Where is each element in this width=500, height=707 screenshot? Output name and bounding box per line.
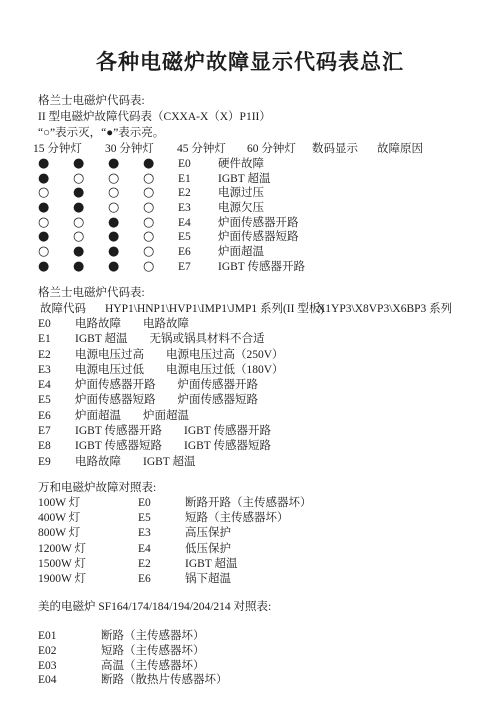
fault-code: E2 (178, 186, 218, 201)
lamp-on-icon: ● (38, 259, 49, 274)
series1-fault: 炉面传感器短路 (75, 394, 156, 406)
table-row: ○ ● ○ ○ E2 电源过压 (38, 186, 492, 201)
fault-code: E03 (38, 659, 101, 674)
fault-code: E3 (138, 526, 185, 541)
series2-fault: 电源电压过高（250V） (166, 349, 284, 361)
table-row: ● ○ ○ ○ E1 IGBT 超温 (38, 172, 492, 187)
fault-code: E2 (138, 557, 185, 572)
fault-code: E6 (138, 572, 185, 587)
power-lamp: 1500W 灯 (38, 557, 138, 572)
column-header-series1: HYP1\HNP1\HVP1\IMP1\JMP1 系列(II 型板) (105, 301, 324, 317)
fault-reason: 低压保护 (185, 543, 231, 555)
series2-fault: 电源电压过低（180V） (166, 364, 284, 376)
fault-code: E0 (178, 157, 218, 172)
lamp-on-icon: ● (73, 200, 84, 215)
fault-code: E1 (38, 332, 75, 347)
legend-text: “○”表示灭，“●”表示亮。 (38, 125, 492, 141)
series1-fault: 电路故障 (75, 456, 121, 468)
section-heading: 格兰士电磁炉代码表: (38, 93, 492, 109)
fault-code: E4 (38, 378, 75, 393)
table-row: 800W 灯E3高压保护 (38, 526, 492, 541)
lamp-on-icon: ● (73, 185, 84, 200)
lamp-off-icon: ○ (108, 185, 119, 200)
lamp-off-icon: ○ (143, 171, 154, 186)
lamp-cell-30min: ● (73, 260, 108, 275)
document-page: 各种电磁炉故障显示代码表总汇 格兰士电磁炉代码表: II 型电磁炉故障代码表（C… (0, 0, 500, 707)
lamp-on-icon: ● (73, 244, 84, 259)
lamp-off-icon: ○ (143, 185, 154, 200)
fault-code: E1 (178, 172, 218, 187)
fault-code: E7 (38, 424, 75, 439)
lamp-on-icon: ● (108, 215, 119, 230)
column-header-15min: 15 分钟灯 (33, 141, 82, 157)
section-heading: 格兰士电磁炉代码表: (38, 285, 492, 301)
fault-code: E5 (178, 230, 218, 245)
table-row: E1IGBT 超温无锅或锅具材料不合适 (38, 332, 492, 347)
lamp-off-icon: ○ (143, 200, 154, 215)
lamp-cell-60min: ● (143, 157, 178, 172)
series2-fault: IGBT 传感器开路 (184, 425, 271, 437)
section-galanz-code-table: 格兰士电磁炉代码表: 故障代码 HYP1\HNP1\HVP1\IMP1\JMP1… (38, 285, 492, 470)
lamp-cell-15min: ● (38, 260, 73, 275)
lamp-cell-15min: ● (38, 230, 73, 245)
fault-reason: IGBT 传感器开路 (218, 260, 305, 275)
lamp-on-icon: ● (143, 156, 154, 171)
lamp-cell-60min: ○ (143, 186, 178, 201)
lamp-cell-15min: ○ (38, 245, 73, 260)
fault-reason: 断路（主传感器坏） (101, 630, 205, 642)
column-header-30min: 30 分钟灯 (105, 141, 154, 157)
table-row: E6炉面超温炉面超温 (38, 409, 492, 424)
lamp-on-icon: ● (108, 229, 119, 244)
table-row: 400W 灯E5短路（主传感器坏） (38, 511, 492, 526)
lamp-on-icon: ● (38, 229, 49, 244)
fault-reason: 炉面传感器开路 (218, 216, 299, 231)
lamp-cell-45min: ● (108, 157, 143, 172)
table-row: E9电路故障IGBT 超温 (38, 455, 492, 470)
lamp-off-icon: ○ (38, 185, 49, 200)
power-lamp: 100W 灯 (38, 496, 138, 511)
fault-code: E2 (38, 348, 75, 363)
fault-code: E9 (38, 455, 75, 470)
column-header-digit-display: 数码显示 (312, 141, 358, 157)
fault-code: E6 (178, 245, 218, 260)
table-row: E01断路（主传感器坏） (38, 629, 492, 644)
fault-code: E5 (38, 393, 75, 408)
series1-fault: 电源电压过低 (75, 364, 144, 376)
series1-fault: IGBT 传感器开路 (75, 425, 162, 437)
lamp-on-icon: ● (73, 259, 84, 274)
lamp-cell-30min: ○ (73, 230, 108, 245)
fault-reason: 电源欠压 (218, 201, 264, 216)
lamp-off-icon: ○ (73, 229, 84, 244)
lamp-off-icon: ○ (38, 215, 49, 230)
lamp-cell-15min: ○ (38, 216, 73, 231)
lamp-cell-45min: ○ (108, 172, 143, 187)
lamp-on-icon: ● (108, 244, 119, 259)
column-header-60min: 60 分钟灯 (247, 141, 296, 157)
lamp-cell-30min: ● (73, 186, 108, 201)
lamp-cell-60min: ○ (143, 216, 178, 231)
table-row: E02短路（主传感器坏） (38, 644, 492, 659)
fault-reason: 断路（散热片传感器坏） (101, 674, 228, 686)
fault-code: E3 (178, 201, 218, 216)
lamp-off-icon: ○ (143, 229, 154, 244)
table-row: ● ● ● ● E0 硬件故障 (38, 157, 492, 172)
fault-reason: 短路（主传感器坏） (101, 645, 205, 657)
fault-reason: 高压保护 (185, 527, 231, 539)
lamp-cell-45min: ● (108, 260, 143, 275)
table-row: E4炉面传感器开路炉面传感器开路 (38, 378, 492, 393)
lamp-off-icon: ○ (73, 215, 84, 230)
lamp-off-icon: ○ (143, 215, 154, 230)
lamp-cell-45min: ○ (108, 201, 143, 216)
table-row: ○ ○ ● ○ E4 炉面传感器开路 (38, 216, 492, 231)
series2-fault: 无锅或锅具材料不合适 (150, 333, 265, 345)
lamp-cell-60min: ○ (143, 260, 178, 275)
fault-code: E0 (138, 496, 185, 511)
lamp-cell-30min: ● (73, 157, 108, 172)
series2-fault: 炉面超温 (143, 410, 189, 422)
lamp-cell-30min: ○ (73, 172, 108, 187)
lamp-cell-45min: ● (108, 216, 143, 231)
fault-reason: 炉面超温 (218, 245, 264, 260)
fault-reason: 硬件故障 (218, 157, 264, 172)
fault-reason: 短路（主传感器坏） (185, 512, 289, 524)
lamp-on-icon: ● (73, 156, 84, 171)
table-row: E04断路（散热片传感器坏） (38, 673, 492, 688)
fault-code: E6 (38, 409, 75, 424)
fault-reason: 断路开路（主传感器坏） (185, 497, 312, 509)
power-lamp: 800W 灯 (38, 526, 138, 541)
series1-fault: 炉面传感器开路 (75, 379, 156, 391)
fault-code: E4 (178, 216, 218, 231)
blank-line (38, 615, 492, 629)
fault-reason: 高温（主传感器坏） (101, 660, 205, 672)
series2-fault: 炉面传感器开路 (178, 379, 259, 391)
section-wanhe-table: 万和电磁炉故障对照表: 100W 灯E0断路开路（主传感器坏） 400W 灯E5… (38, 480, 492, 587)
table-row: 100W 灯E0断路开路（主传感器坏） (38, 496, 492, 511)
fault-reason: IGBT 超温 (185, 558, 238, 570)
section-heading: 万和电磁炉故障对照表: (38, 480, 492, 496)
table-row: E7IGBT 传感器开路IGBT 传感器开路 (38, 424, 492, 439)
fault-code: E3 (38, 363, 75, 378)
lamp-off-icon: ○ (73, 171, 84, 186)
fault-reason: IGBT 超温 (218, 172, 271, 187)
lamp-cell-60min: ○ (143, 230, 178, 245)
table-row: ● ○ ● ○ E5 炉面传感器短路 (38, 230, 492, 245)
lamp-on-icon: ● (108, 156, 119, 171)
lamp-cell-45min: ○ (108, 186, 143, 201)
table-column-headers: 15 分钟灯 30 分钟灯 45 分钟灯 60 分钟灯 数码显示 故障原因 (38, 141, 492, 157)
table-row: E0电路故障电路故障 (38, 317, 492, 332)
lamp-on-icon: ● (38, 171, 49, 186)
series2-fault: IGBT 超温 (143, 456, 196, 468)
series1-fault: 电源电压过高 (75, 349, 144, 361)
lamp-cell-30min: ● (73, 201, 108, 216)
lamp-cell-60min: ○ (143, 172, 178, 187)
table-row: 1500W 灯E2IGBT 超温 (38, 557, 492, 572)
table-row: E2电源电压过高电源电压过高（250V） (38, 348, 492, 363)
table-row: ● ● ● ○ E7 IGBT 传感器开路 (38, 260, 492, 275)
power-lamp: 400W 灯 (38, 511, 138, 526)
power-lamp: 1900W 灯 (38, 572, 138, 587)
fault-reason: 炉面传感器短路 (218, 230, 299, 245)
section-subtitle: II 型电磁炉故障代码表（CXXA-X（X）P1II） (38, 109, 492, 125)
fault-code: E01 (38, 629, 101, 644)
lamp-off-icon: ○ (38, 244, 49, 259)
lamp-cell-30min: ● (73, 245, 108, 260)
section-heading: 美的电磁炉 SF164/174/184/194/204/214 对照表: (38, 599, 492, 615)
lamp-cell-45min: ● (108, 245, 143, 260)
series1-fault: 电路故障 (75, 318, 121, 330)
fault-code: E4 (138, 542, 185, 557)
column-header-series2: X1YP3\X8VP3\X6BP3 系列 (317, 301, 452, 317)
series1-fault: IGBT 超温 (75, 333, 128, 345)
fault-code: E04 (38, 673, 101, 688)
table-row: 1200W 灯E4低压保护 (38, 542, 492, 557)
lamp-off-icon: ○ (108, 171, 119, 186)
fault-code: E5 (138, 511, 185, 526)
fault-code: E8 (38, 439, 75, 454)
series1-fault: 炉面超温 (75, 410, 121, 422)
fault-code: E0 (38, 317, 75, 332)
table-row: E5炉面传感器短路炉面传感器短路 (38, 393, 492, 408)
column-header-fault-cause: 故障原因 (377, 141, 423, 157)
series2-fault: 电路故障 (143, 318, 189, 330)
lamp-cell-60min: ○ (143, 245, 178, 260)
column-header-45min: 45 分钟灯 (177, 141, 226, 157)
table-row: E8IGBT 传感器短路IGBT 传感器短路 (38, 439, 492, 454)
table-row: ○ ● ● ○ E6 炉面超温 (38, 245, 492, 260)
lamp-cell-15min: ● (38, 172, 73, 187)
lamp-off-icon: ○ (108, 200, 119, 215)
table-row: E3电源电压过低电源电压过低（180V） (38, 363, 492, 378)
lamp-cell-15min: ○ (38, 186, 73, 201)
lamp-off-icon: ○ (143, 244, 154, 259)
power-lamp: 1200W 灯 (38, 542, 138, 557)
table-column-headers: 故障代码 HYP1\HNP1\HVP1\IMP1\JMP1 系列(II 型板) … (38, 301, 492, 317)
lamp-cell-30min: ○ (73, 216, 108, 231)
column-header-fault-code: 故障代码 (40, 301, 86, 317)
table-row: 1900W 灯E6锅下超温 (38, 572, 492, 587)
lamp-cell-15min: ● (38, 201, 73, 216)
fault-reason: 锅下超温 (185, 573, 231, 585)
table-row: E03高温（主传感器坏） (38, 659, 492, 674)
fault-code: E02 (38, 644, 101, 659)
lamp-cell-45min: ● (108, 230, 143, 245)
series2-fault: IGBT 传感器短路 (184, 440, 271, 452)
lamp-on-icon: ● (38, 156, 49, 171)
fault-reason: 电源过压 (218, 186, 264, 201)
table-row: ● ● ○ ○ E3 电源欠压 (38, 201, 492, 216)
lamp-cell-15min: ● (38, 157, 73, 172)
lamp-cell-60min: ○ (143, 201, 178, 216)
lamp-on-icon: ● (38, 200, 49, 215)
page-title: 各种电磁炉故障显示代码表总汇 (0, 46, 500, 76)
series1-fault: IGBT 传感器短路 (75, 440, 162, 452)
lamp-on-icon: ● (108, 259, 119, 274)
section-midea-table: 美的电磁炉 SF164/174/184/194/204/214 对照表: E01… (38, 599, 492, 688)
series2-fault: 炉面传感器短路 (178, 394, 259, 406)
lamp-off-icon: ○ (143, 259, 154, 274)
fault-code: E7 (178, 260, 218, 275)
section-galanz-led-table: 格兰士电磁炉代码表: II 型电磁炉故障代码表（CXXA-X（X）P1II） “… (38, 93, 492, 275)
